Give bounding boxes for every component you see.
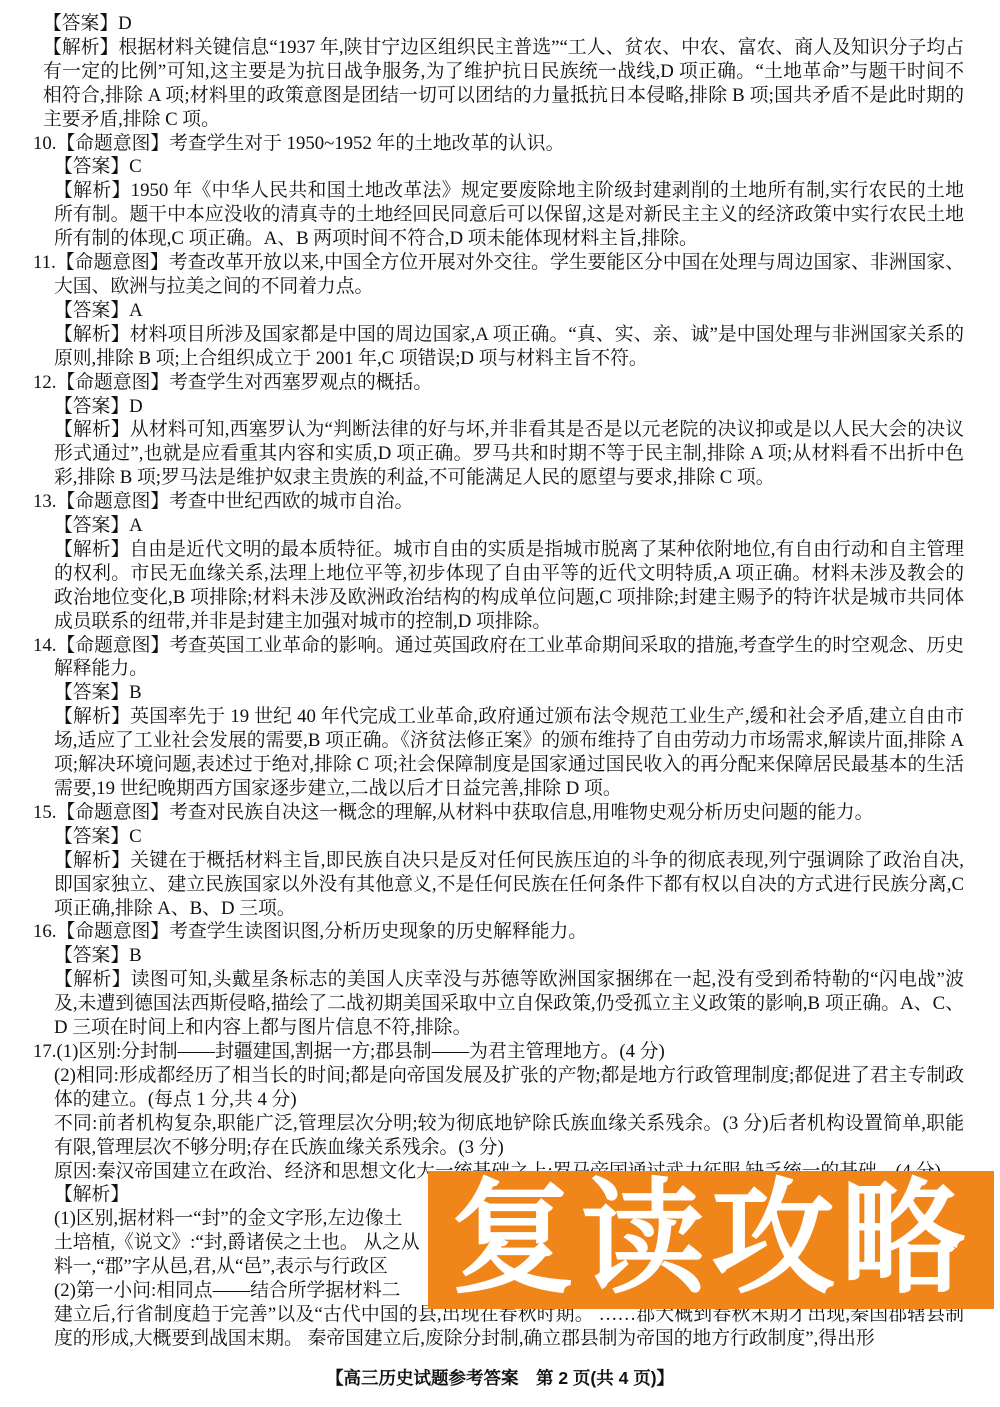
page-footer: 【高三历史试题参考答案 第 2 页(共 4 页)】 (0, 1367, 1000, 1391)
answer-point-1: 17.(1)区别:分封制——封疆建国,割据一方;郡县制——为君主管理地方。(4 … (54, 1040, 964, 1064)
analysis-paragraph: 【解析】自由是近代文明的最本质特征。城市自由的实质是指城市脱离了某种依附地位,有… (54, 538, 964, 634)
intent-text: 【命题意图】考查学生对于 1950~1952 年的土地改革的认识。 (56, 133, 564, 154)
answer-item-14: 14.【命题意图】考查英国工业革命的影响。通过英国政府在工业革命期间采取的措施,… (54, 634, 964, 801)
item-number: 14. (33, 635, 56, 656)
analysis-paragraph: 【解析】读图可知,头戴星条标志的美国人庆幸没与苏德等欧洲国家捆绑在一起,没有受到… (54, 968, 964, 1040)
intent-line: 11.【命题意图】考查改革开放以来,中国全方位开展对外交往。学生要能区分中国在处… (54, 251, 964, 299)
answer-line: 【答案】A (54, 514, 964, 538)
intent-text: 【命题意图】考查学生对西塞罗观点的概括。 (56, 372, 432, 393)
item-number: 15. (33, 802, 56, 823)
item-number: 16. (33, 921, 56, 942)
analysis-tail-paragraph: 建立后,行省制度趋于完善”以及“古代中国的县,出现在春秋时期。 ……郡大概到春秋… (54, 1303, 964, 1351)
analysis-paragraph: 【解析】1950 年《中华人民共和国土地改革法》规定要废除地主阶级封建剥削的土地… (54, 179, 964, 251)
intent-line: 12.【命题意图】考查学生对西塞罗观点的概括。 (54, 371, 964, 395)
answer-line: 【答案】D (54, 395, 964, 419)
answer-item-15: 15.【命题意图】考查对民族自决这一概念的理解,从材料中获取信息,用唯物史观分析… (54, 801, 964, 921)
item-number: 11. (33, 252, 56, 273)
intent-line: 10.【命题意图】考查学生对于 1950~1952 年的土地改革的认识。 (54, 132, 964, 156)
answer-item-11: 11.【命题意图】考查改革开放以来,中国全方位开展对外交往。学生要能区分中国在处… (54, 251, 964, 371)
answer-item-12: 12.【命题意图】考查学生对西塞罗观点的概括。 【答案】D 【解析】从材料可知,… (54, 371, 964, 491)
answer-line: 【答案】A (54, 299, 964, 323)
intent-line: 16.【命题意图】考查学生读图识图,分析历史现象的历史解释能力。 (54, 920, 964, 944)
item-number: 13. (33, 491, 56, 512)
answer-point-text: (1)区别:分封制——封疆建国,割据一方;郡县制——为君主管理地方。(4 分) (56, 1041, 664, 1062)
answer-sheet-body: 【答案】D 【解析】根据材料关键信息“1937 年,陕甘宁边区组织民主普选”“工… (33, 12, 964, 1351)
intent-text: 【命题意图】考查改革开放以来,中国全方位开展对外交往。学生要能区分中国在处理与周… (54, 252, 964, 297)
answer-line: 【答案】B (54, 944, 964, 968)
answer-line: 【答案】C (54, 155, 964, 179)
answer-line: 【答案】C (54, 825, 964, 849)
exam-answer-page: 【答案】D 【解析】根据材料关键信息“1937 年,陕甘宁边区组织民主普选”“工… (0, 0, 1000, 1407)
answer-item-10: 10.【命题意图】考查学生对于 1950~1952 年的土地改革的认识。 【答案… (54, 132, 964, 252)
intent-text: 【命题意图】考查中世纪西欧的城市自治。 (56, 491, 413, 512)
watermark-overlay: 复读攻略 (428, 1171, 994, 1309)
intent-text: 【命题意图】考查对民族自决这一概念的理解,从材料中获取信息,用唯物史观分析历史问… (56, 802, 873, 823)
watermark-text: 复读攻略 (451, 1171, 971, 1308)
answer-point-3: 不同:前者机构复杂,职能广泛,管理层次分明;较为彻底地铲除氏族血缘关系残余。(3… (54, 1112, 964, 1160)
intent-line: 14.【命题意图】考查英国工业革命的影响。通过英国政府在工业革命期间采取的措施,… (54, 634, 964, 682)
analysis-paragraph: 【解析】材料项目所涉及国家都是中国的周边国家,A 项正确。“真、实、亲、诚”是中… (54, 323, 964, 371)
answer-point-2: (2)相同:形成都经历了相当长的时间;都是向帝国发展及扩张的产物;都是地方行政管… (54, 1064, 964, 1112)
analysis-paragraph: 【解析】关键在于概括材料主旨,即民族自决只是反对任何民族压迫的斗争的彻底表现,列… (54, 849, 964, 921)
intent-line: 15.【命题意图】考查对民族自决这一概念的理解,从材料中获取信息,用唯物史观分析… (54, 801, 964, 825)
analysis-paragraph: 【解析】根据材料关键信息“1937 年,陕甘宁边区组织民主普选”“工人、贫农、中… (43, 36, 964, 132)
analysis-paragraph: 【解析】从材料可知,西塞罗认为“判断法律的好与坏,并非看其是否是以元老院的决议抑… (54, 418, 964, 490)
item-number: 12. (33, 372, 56, 393)
item-number: 17. (33, 1041, 56, 1062)
intent-text: 【命题意图】考查学生读图识图,分析历史现象的历史解释能力。 (56, 921, 587, 942)
answer-line: 【答案】B (54, 681, 964, 705)
analysis-paragraph: 【解析】英国率先于 19 世纪 40 年代完成工业革命,政府通过颁布法令规范工业… (54, 705, 964, 801)
intent-line: 13.【命题意图】考查中世纪西欧的城市自治。 (54, 490, 964, 514)
intent-text: 【命题意图】考查英国工业革命的影响。通过英国政府在工业革命期间采取的措施,考查学… (54, 635, 964, 680)
answer-line: 【答案】D (43, 12, 964, 36)
item-number: 10. (33, 133, 56, 154)
answer-item-9-continued: 【答案】D 【解析】根据材料关键信息“1937 年,陕甘宁边区组织民主普选”“工… (43, 12, 964, 132)
answer-item-13: 13.【命题意图】考查中世纪西欧的城市自治。 【答案】A 【解析】自由是近代文明… (54, 490, 964, 633)
answer-item-16: 16.【命题意图】考查学生读图识图,分析历史现象的历史解释能力。 【答案】B 【… (54, 920, 964, 1040)
